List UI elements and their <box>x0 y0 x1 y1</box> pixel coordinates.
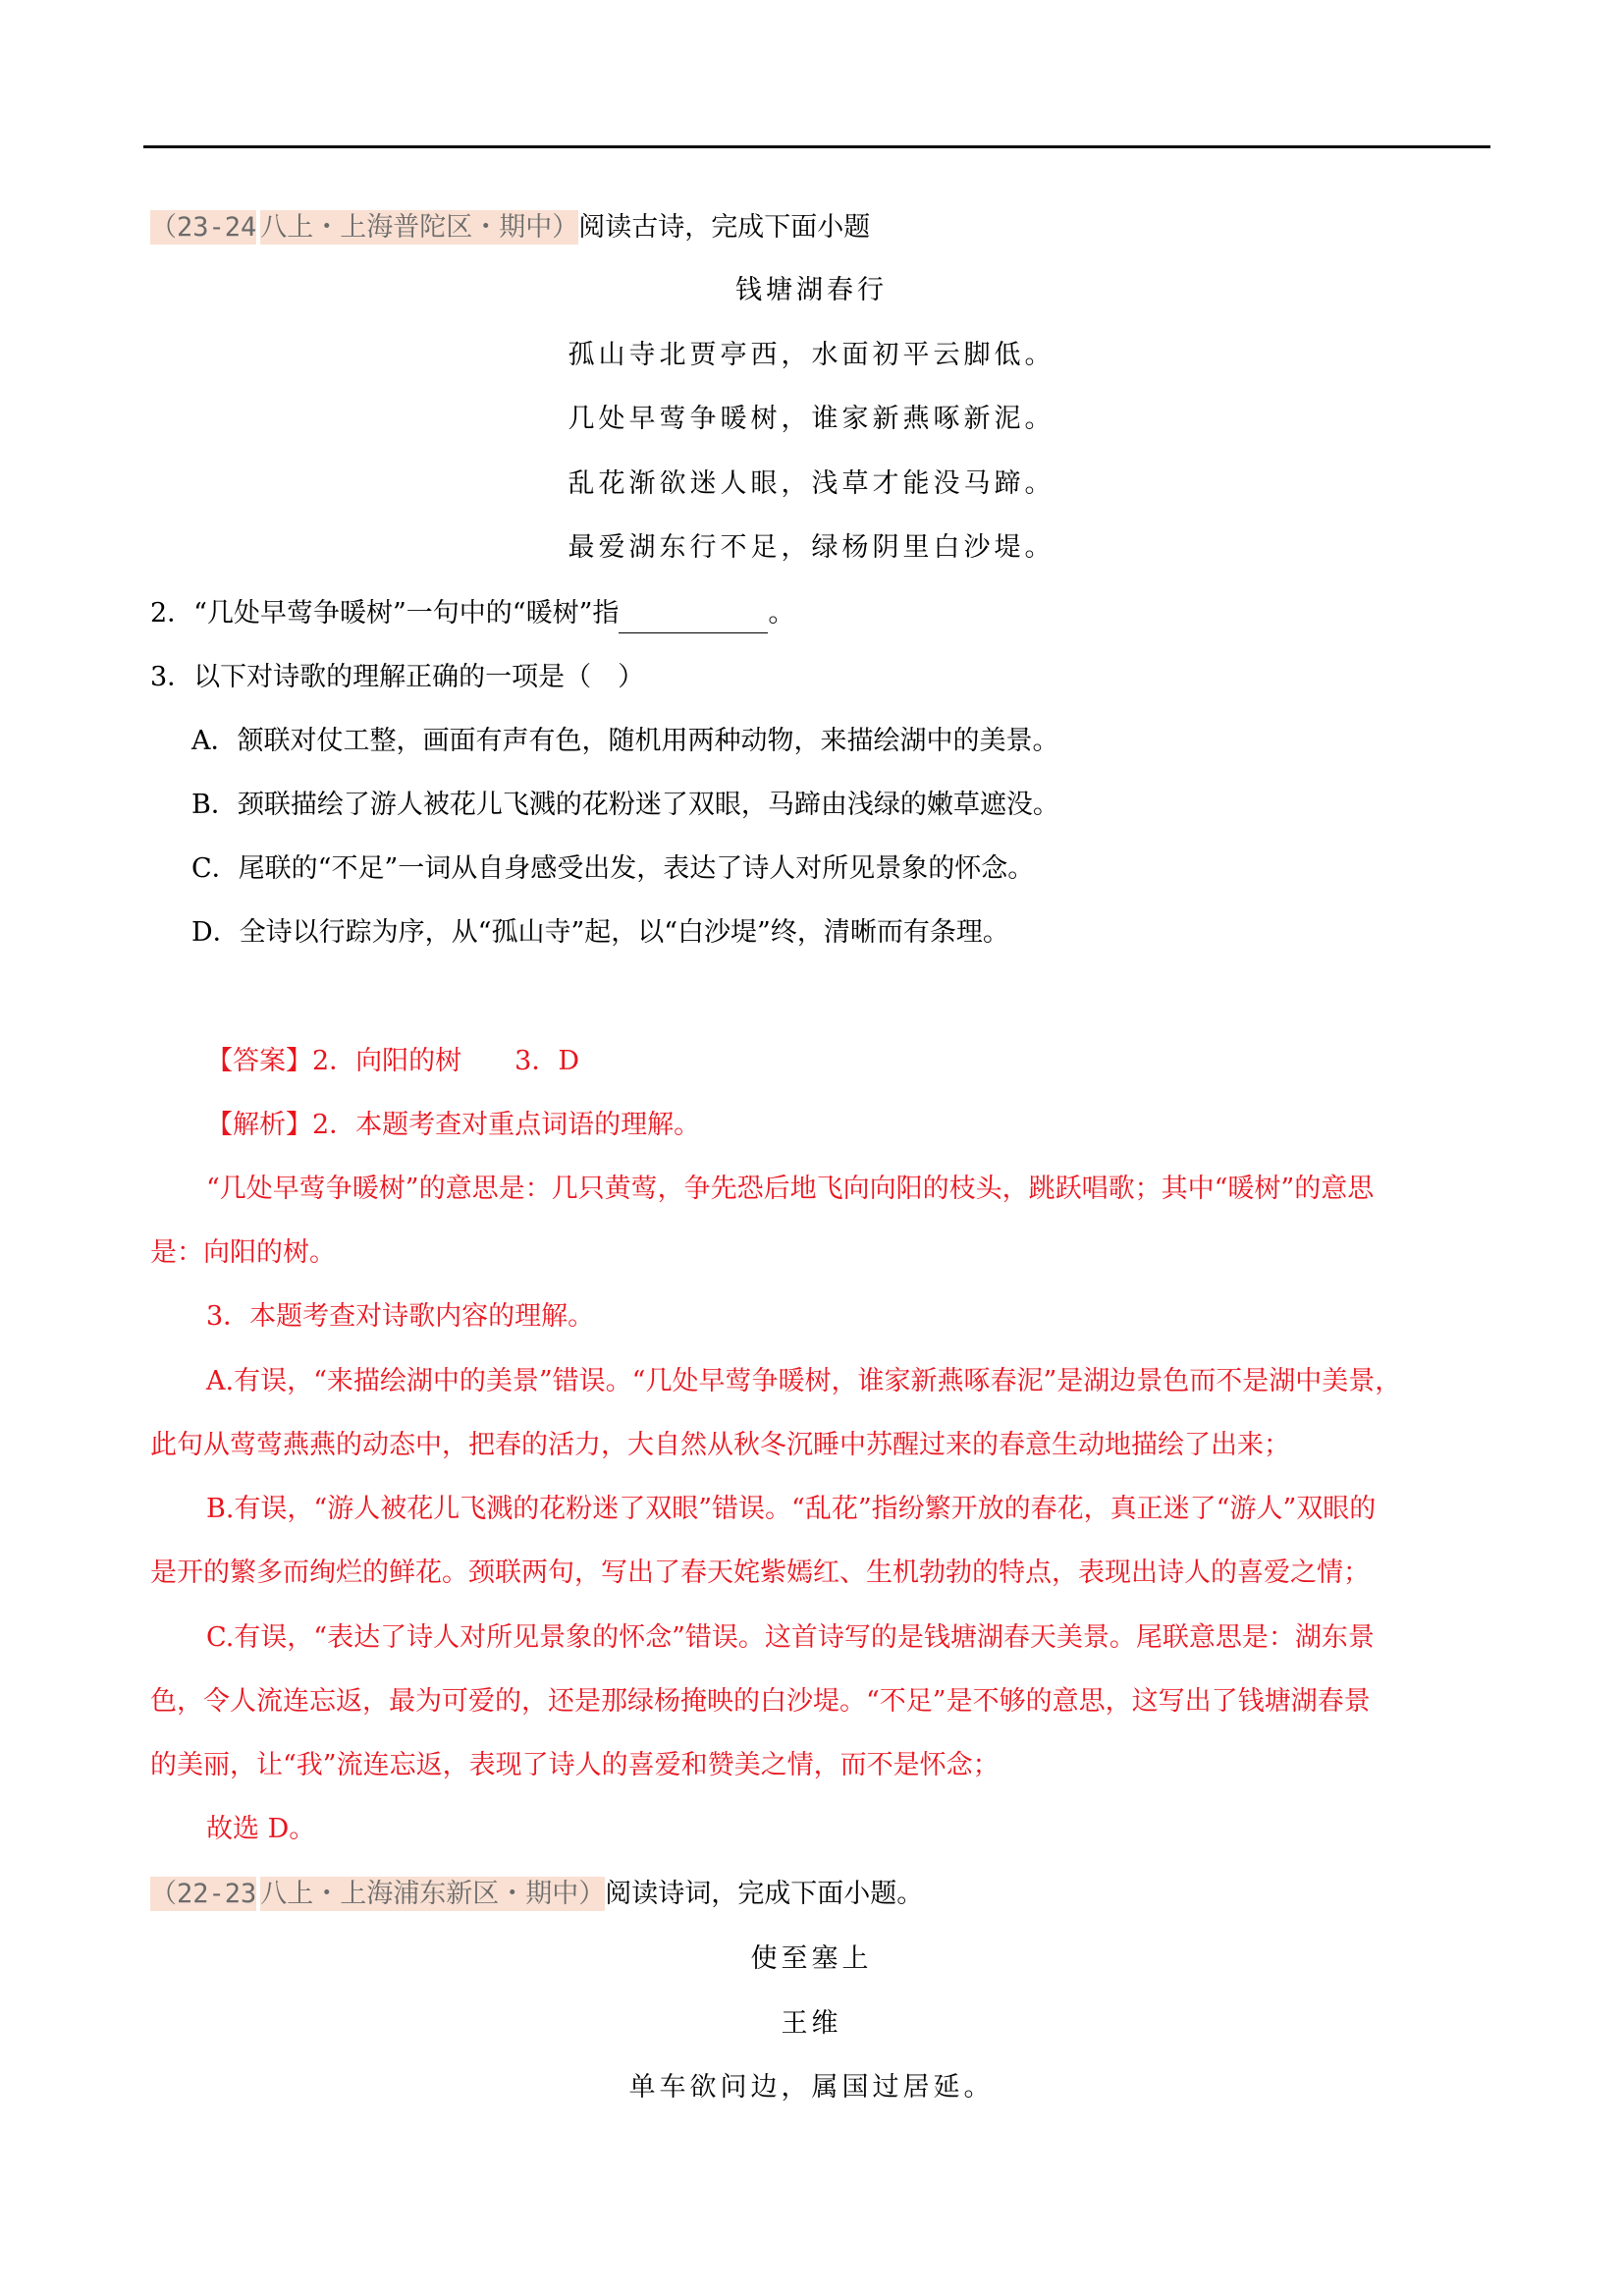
question-2-suffix: 。 <box>768 598 794 629</box>
option-c: C．尾联的“不足”一词从自身感受出发，表达了诗人对所见景象的怀念。 <box>191 849 1034 889</box>
answer-line: 【答案】2．向阳的树 3．D <box>206 1042 579 1081</box>
option-d: D．全诗以行踪为序，从“孤山寺”起，以“白沙堤”终，清晰而有条理。 <box>191 913 1009 953</box>
analysis-text: A.有误，“来描绘湖中的美景”错误。“几处早莺争暖树，谁家新燕啄春泥”是湖边景色… <box>206 1362 1401 1401</box>
section2-header: （22-23八上・上海浦东新区・期中）阅读诗词，完成下面小题。 <box>150 1875 923 1914</box>
answer-blank[interactable] <box>619 605 768 633</box>
conclusion: 故选 D。 <box>206 1810 315 1849</box>
poem-line: 几处早莺争暖树，谁家新燕啄新泥。 <box>0 400 1623 439</box>
analysis-text: 是开的繁多而绚烂的鲜花。颈联两句，写出了春天姹紫嫣红、生机勃勃的特点，表现出诗人… <box>150 1554 1370 1593</box>
analysis-text: 的美丽，让“我”流连忘返，表现了诗人的喜爱和赞美之情，而不是怀念； <box>150 1746 1000 1785</box>
source-tag: （22-23八上・上海浦东新区・期中） <box>150 1879 605 1909</box>
source-tag: （23-24八上・上海普陀区・期中） <box>150 212 578 243</box>
poem-line: 最爱湖东行不足，绿杨阴里白沙堤。 <box>0 528 1623 568</box>
question-2-text: 2．“几处早莺争暖树”一句中的“暖树”指 <box>150 598 619 629</box>
poem-line: 单车欲问边，属国过居延。 <box>0 2068 1623 2107</box>
analysis-text: 是：向阳的树。 <box>150 1233 336 1273</box>
analysis-text: C.有误，“表达了诗人对所见景象的怀念”错误。这首诗写的是钱塘湖春天美景。尾联意… <box>206 1618 1375 1658</box>
poem-author: 王维 <box>0 2004 1623 2044</box>
poem-line: 孤山寺北贾亭西，水面初平云脚低。 <box>0 336 1623 375</box>
analysis-text: 此句从莺莺燕燕的动态中，把春的活力，大自然从秋冬沉睡中苏醒过来的春意生动地描绘了… <box>150 1426 1290 1465</box>
header-rule <box>143 145 1490 148</box>
section1-header: （23-24八上・上海普陀区・期中）阅读古诗，完成下面小题 <box>150 208 870 247</box>
question-3: 3．以下对诗歌的理解正确的一项是（ ） <box>150 658 644 697</box>
analysis-text: 色，令人流连忘返，最为可爱的，还是那绿杨掩映的白沙堤。“不足”是不够的意思，这写… <box>150 1682 1371 1722</box>
option-a: A．颔联对仗工整，画面有声有色，随机用两种动物，来描绘湖中的美景。 <box>191 722 1059 761</box>
poem-title: 钱塘湖春行 <box>0 271 1623 310</box>
analysis-text: “几处早莺争暖树”的意思是：几只黄莺，争先恐后地飞向向阳的枝头，跳跃唱歌；其中“… <box>206 1170 1374 1209</box>
poem-title: 使至塞上 <box>0 1940 1623 1979</box>
poem-line: 乱花渐欲迷人眼，浅草才能没马蹄。 <box>0 465 1623 504</box>
instruction: 阅读古诗，完成下面小题 <box>578 212 870 243</box>
analysis-text: B.有误，“游人被花儿飞溅的花粉迷了双眼”错误。“乱花”指纷繁开放的春花，真正迷… <box>206 1490 1376 1529</box>
analysis-heading: 【解析】2．本题考查对重点词语的理解。 <box>206 1106 700 1145</box>
instruction: 阅读诗词，完成下面小题。 <box>605 1879 923 1909</box>
analysis-q3-heading: 3．本题考查对诗歌内容的理解。 <box>206 1297 594 1337</box>
question-2: 2．“几处早莺争暖树”一句中的“暖树”指。 <box>150 594 794 633</box>
option-b: B．颈联描绘了游人被花儿飞溅的花粉迷了双眼，马蹄由浅绿的嫩草遮没。 <box>191 786 1059 825</box>
